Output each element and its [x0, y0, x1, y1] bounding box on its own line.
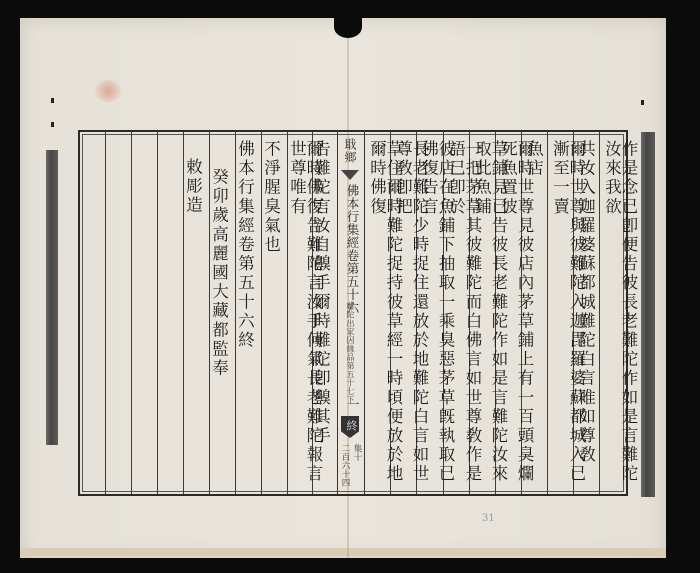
text-column-r10: 草住爾時難陀捉持彼草經一時頃便放於地爾時佛復 [368, 140, 401, 494]
column-rule [599, 132, 600, 494]
margin-end-mark: 終 [343, 420, 359, 431]
margin-page-number: 二百六十四 [339, 444, 351, 487]
fish-tail-mark-upper [341, 170, 359, 180]
column-rule [157, 132, 158, 494]
margin-sutra-title: 佛本行集經卷第五十六 [343, 184, 361, 314]
margin-chapter-text: 難陀出家因緣品第五十七下 [345, 302, 356, 404]
margin-leaf-number: 一 [345, 398, 362, 410]
text-column-r1: 作是念已卽便告彼長老難陀作如是言難陀汝來我欲 [603, 140, 636, 494]
column-rule [547, 132, 548, 494]
text-column-l5: 癸卯歲高麗國大藏都監奉 [210, 168, 227, 378]
registration-tick [641, 100, 644, 105]
center-margin-strip: 戢鄉 佛本行集經卷第五十六 難陀出家因緣品第五十七下 一 終 二百六十四 集十 [337, 132, 365, 494]
registration-tick [51, 98, 54, 103]
text-column-r3: 爾時世尊與彼難陀入迦毘羅婆蘇都城入已漸至一賣 [551, 140, 584, 494]
text-column-l2: 爾時佛復告難陀言汝手何氣長老難陀報言世尊唯有 [288, 140, 321, 494]
printed-block-frame: 作是念已卽便告彼長老難陀作如是言難陀汝來我欲 共汝入迦羅婆蘇都城難陀白言唯如尊敎… [78, 130, 628, 496]
text-column-l4: 佛本行集經卷第五十六終 [236, 140, 253, 350]
red-stain [95, 80, 121, 102]
paper-bottom-edge [20, 548, 666, 556]
binding-notch [334, 16, 362, 38]
ink-smudge-left [46, 150, 58, 445]
column-rule [131, 132, 132, 494]
text-column-l6: 敕彫造 [184, 158, 201, 215]
column-rule [105, 132, 106, 494]
registration-tick [51, 122, 54, 127]
margin-top-mark: 戢鄉 [342, 138, 359, 164]
pencil-page-note: 31 [482, 513, 495, 524]
margin-volume-label: 集十 [351, 444, 363, 461]
text-column-l3: 不淨腥臭氣也 [262, 140, 279, 255]
ink-smudge-right [641, 132, 655, 497]
